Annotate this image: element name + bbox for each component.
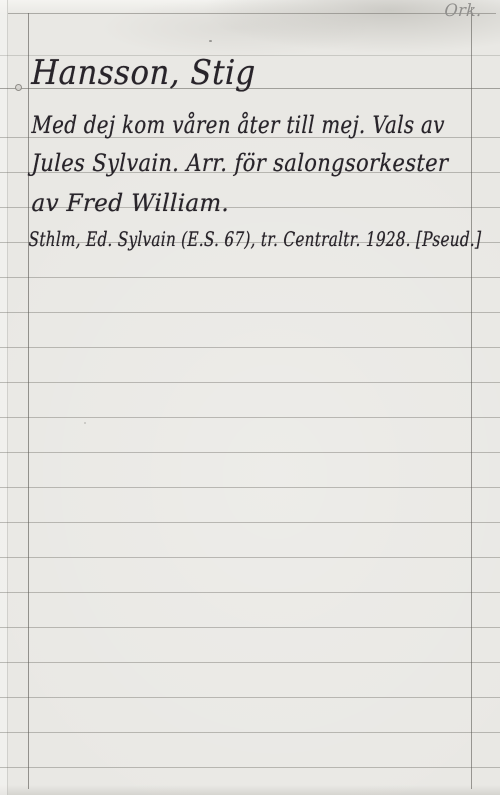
corner-note-pencil: Ork.	[444, 3, 482, 20]
right-margin-line	[471, 7, 472, 789]
catalog-card-scan: Ork. Hansson, Stig Med dej kom våren åte…	[0, 0, 500, 795]
body-line: Jules Sylvain. Arr. för salongsorkester	[31, 151, 449, 175]
left-margin-line	[28, 13, 29, 789]
ink-speck	[209, 40, 212, 42]
imprint-line: Sthlm, Ed. Sylvain (E.S. 67), tr. Centra…	[28, 229, 481, 249]
page: { "card": { "corner_note": "Ork.", "head…	[0, 0, 500, 795]
ink-speck	[84, 422, 86, 424]
body-line: av Fred William.	[31, 191, 230, 215]
top-rule-line	[8, 13, 496, 14]
card-heading: Hansson, Stig	[31, 56, 256, 90]
punch-hole	[15, 84, 22, 91]
body-line: Med dej kom våren åter till mej. Vals av	[31, 113, 445, 137]
